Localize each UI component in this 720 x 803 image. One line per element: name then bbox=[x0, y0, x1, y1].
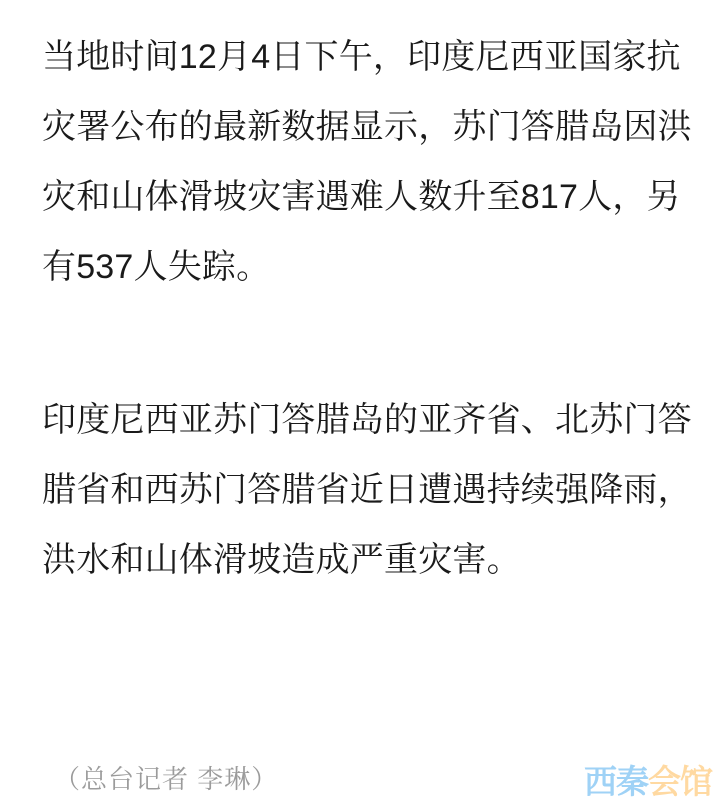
watermark-text-part2: 会馆 bbox=[648, 763, 712, 800]
watermark-text-part1: 西秦 bbox=[584, 763, 648, 800]
text-line: 洪水和山体滑坡造成严重灾害。 bbox=[42, 525, 678, 595]
watermark-logo: 西秦会馆 bbox=[584, 763, 712, 801]
byline: （总台记者 李琳） bbox=[54, 763, 278, 795]
text-line: 印度尼西亚苏门答腊岛的亚齐省、北苏门答 bbox=[42, 385, 678, 455]
news-article-page: 当地时间12月4日下午，印度尼西亚国家抗 灾署公布的最新数据显示，苏门答腊岛因洪… bbox=[0, 0, 720, 803]
text-line: 灾和山体滑坡灾害遇难人数升至817人，另 bbox=[42, 162, 678, 232]
text-line: 灾署公布的最新数据显示，苏门答腊岛因洪 bbox=[42, 92, 678, 162]
article-paragraph-1: 当地时间12月4日下午，印度尼西亚国家抗 灾署公布的最新数据显示，苏门答腊岛因洪… bbox=[42, 22, 678, 302]
text-line: 有537人失踪。 bbox=[42, 232, 678, 302]
text-line: 腊省和西苏门答腊省近日遭遇持续强降雨， bbox=[42, 455, 678, 525]
article-body: 当地时间12月4日下午，印度尼西亚国家抗 灾署公布的最新数据显示，苏门答腊岛因洪… bbox=[42, 22, 678, 595]
article-paragraph-2: 印度尼西亚苏门答腊岛的亚齐省、北苏门答 腊省和西苏门答腊省近日遭遇持续强降雨， … bbox=[42, 385, 678, 595]
text-line: 当地时间12月4日下午，印度尼西亚国家抗 bbox=[42, 22, 678, 92]
